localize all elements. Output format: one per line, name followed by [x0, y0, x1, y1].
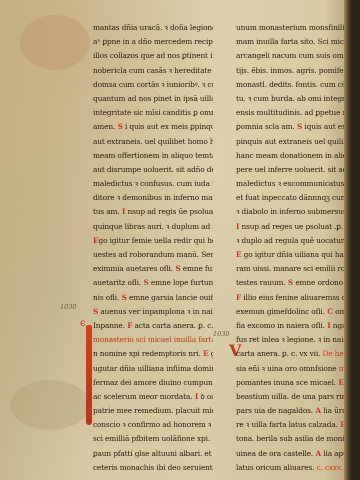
line-text: sci emilliā pfbitem uolāfione xpi. ꝛ T [93, 434, 213, 443]
line-text: fermaz dei amore diuino cumpuncta. [93, 378, 213, 387]
rubric-initial: S [173, 264, 181, 273]
manuscript-line: ensis multitudinis. ad ꝑpetue mīsi seda [236, 106, 348, 120]
manuscript-line: aut extraneis. uel quilibet homo hanc [93, 135, 213, 149]
line-text-continued: emne ordono alnares ofli. [293, 278, 348, 287]
line-text: ram uissi. manare sci emilii roborauy. ꝛ [236, 264, 348, 273]
line-text: integritate sic mīsi canditis ꝑ omnia sc… [93, 108, 213, 117]
line-text-continued: emne lope furtunas [149, 278, 213, 287]
manuscript-line: ꝑaun pfatti glse altuuni albari. et [93, 447, 213, 461]
decorated-initial-head: ϵ [80, 318, 86, 329]
manuscript-line: pinquis aut extraneis uel quilibet homo [236, 135, 348, 149]
line-text: et fuat inpeccato dānnnqꝫ cum iuda [236, 193, 348, 202]
manuscript-line: beastium uilla. de una pars rina ꝛ de al… [236, 390, 348, 404]
parchment-stain [20, 15, 90, 70]
line-text: mam inuilla farta sito. Sci micaelis [236, 37, 348, 46]
line-text: hanc meam donationem in aliquo disri [236, 151, 348, 160]
manuscript-line: uinea de ora castelle. A lia apud [236, 447, 348, 461]
manuscript-line: ꝛ diabolo in inferno submersus amen. [236, 205, 348, 219]
manuscript-line: arcangeli nacum cum suis omiꝰ ꝑntie [236, 49, 348, 63]
line-text: fia excomo in naiera ofli. [236, 321, 325, 330]
line-text: ensis multitudinis. ad ꝑpetue mīsi seda [236, 108, 348, 117]
line-text-continued: nsup ad regis ūe psoluat [125, 207, 213, 216]
manuscript-line: aⁿ ꝑpne in a dño mercedem recipiam [93, 35, 213, 49]
line-text: patrie mee remedium. placuit michi [93, 406, 213, 415]
rubric-initial: E [201, 349, 209, 358]
manuscript-line: uestes ad roborandum manū. Semne [93, 248, 213, 262]
manuscript-line: conscio ꝛ confirmo ad honorem ꝛ alam [93, 418, 213, 432]
line-text: maledictus ꝛ confusus. cum iuda tra [93, 179, 213, 188]
line-text: testes rauum. [236, 278, 286, 287]
manuscript-line: sci emilliā pfbitem uolāfione xpi. ꝛ T [93, 432, 213, 446]
line-text: ditore ꝛ demonibus in inferno mancipa [93, 193, 213, 202]
manuscript-line: n nomine xpi redemptoris nri. E go [93, 347, 213, 361]
line-text: ꝑaun pfatti glse altuuni albari. et [93, 449, 211, 458]
manuscript-line: S auenus ver inpamplona ꝛ in naiera. [93, 305, 213, 319]
line-text: pinquis aut extraneis uel quilibet homo [236, 137, 348, 146]
manuscript-line: E go igitur dñia uiliana qui hanc script… [236, 248, 348, 262]
manuscript-line: mam inuilla farta sito. Sci micaelis [236, 35, 348, 49]
manuscript-line: hanc meam donationem in aliquo disri [236, 149, 348, 163]
line-text: latus oricum aliuares. [236, 463, 314, 472]
line-text: unum monasterium monsfinili ga [236, 23, 348, 32]
manuscript-line: monasterio sci micael inuilla farta [93, 333, 213, 347]
manuscript-line: maledictus ꝛ excommunicatus. ꝛ ntraia [236, 177, 348, 191]
manuscript-line: eximmia auetares ofli. S emne furmas [93, 262, 213, 276]
line-text: beastium uilla. de una pars rina ꝛ de al… [236, 392, 348, 401]
line-text: amen. [93, 122, 115, 131]
manuscript-line: integritate sic mīsi canditis ꝑ omnia sc… [93, 106, 213, 120]
line-text-continued: go [209, 349, 213, 358]
rubric-initial: S [286, 278, 294, 287]
manuscript-line: ditore ꝛ demonibus in inferno mancipa [93, 191, 213, 205]
manuscript-line: I nsup ad reges ue psoluat .ꝑ. libras au… [236, 220, 348, 234]
manuscript-line: pere uel inferre uoluerit. sit adño deo … [236, 163, 348, 177]
manuscript-line: ceteris monachis ibi deo seruientibus [93, 461, 213, 475]
line-text: Inpanne. [93, 321, 125, 330]
line-text: pars uia de nagaldos. [236, 406, 313, 415]
rubric-initial: A [313, 449, 321, 458]
line-text: ꝛ diabolo in inferno submersus amen. [236, 207, 348, 216]
decorated-initial-i [86, 325, 92, 425]
line-text: eximmia auetares ofli. [93, 264, 173, 273]
line-text: domsa cum cortās ꝛ iunioribꝰ. ꝛ cum [93, 80, 213, 89]
line-text: ac scelerum meor mordata. [93, 392, 192, 401]
manuscript-line: maledictus ꝛ confusus. cum iuda tra [93, 177, 213, 191]
line-text: tona. berila sub asilia de monios. [236, 434, 348, 443]
line-text: monasterio sci micael inuilla farta [93, 335, 213, 344]
manuscript-line: fus ret inlea ꝛ legione. ꝛ in naiera. F … [236, 333, 348, 347]
margin-note-right: 1030 [213, 330, 230, 338]
manuscript-line: auetaritz ofli. S emne lope furtunas [93, 276, 213, 290]
line-text: exemun gimefdolinc ofli. [236, 307, 325, 316]
right-text-column: unum monasterium monsfinili gamam inuill… [236, 21, 348, 475]
line-text: pere uel inferre uoluerit. sit adño deo … [236, 165, 348, 174]
rubric-initial: S [119, 293, 127, 302]
line-text: aⁿ ꝑpne in a dño mercedem recipiam [93, 37, 213, 46]
manuscript-line: unum monasterium monsfinili ga [236, 21, 348, 35]
manuscript-line: Ego igitur femie uella redir qui hec der… [93, 234, 213, 248]
line-text: monastl. dedits. fontis. cum cūm. ꝛ am [236, 80, 348, 89]
line-text: arcangeli nacum cum suis omiꝰ ꝑntie [236, 51, 348, 60]
manuscript-line: et fuat inpeccato dānnnqꝫ cum iuda [236, 191, 348, 205]
line-text: ꝑomnia scla am. [236, 122, 295, 131]
line-text-continued: auenus ver inpamplona ꝛ in naiera. [98, 307, 213, 316]
line-text-continued: emne garsia lancie ouiflc. [127, 293, 213, 302]
manuscript-line: pars uia de nagaldos. A lia ūra inter gū… [236, 404, 348, 418]
line-text: uinea de ora castelle. [236, 449, 313, 458]
line-text-continued: emne furmas [181, 264, 213, 273]
line-text: aut extraneis. uel quilibet homo hanc [93, 137, 213, 146]
manuscript-line: pomantes inuna sce micael. E t una ferra [236, 376, 348, 390]
line-text: uestes ad roborandum manū. Semne [93, 250, 213, 259]
rubric-initial: c. cxxv. iii. Remo [314, 463, 348, 472]
manuscript-line: fia excomo in naiera ofli. I ngante alui [236, 319, 348, 333]
manuscript-line: aut disrumpe uoluerit. sit adño deo [93, 163, 213, 177]
manuscript-line: quinque libras auri. ꝛ duplum ad regula. [93, 220, 213, 234]
rubric-initial: E [336, 378, 344, 387]
line-text: ugutar dñia uilliana infiima domini [93, 364, 213, 373]
line-text-continued: illio eius fenine aliuaremss ofli. Semne [241, 293, 348, 302]
manuscript-line: mantas dñia uracā. ꝛ doña legionē [93, 21, 213, 35]
line-text: meam offertionem in aliquo temtare [93, 151, 213, 160]
left-text-column: mantas dñia uracā. ꝛ doña legionēaⁿ ꝑpne… [93, 21, 213, 475]
manuscript-line: testes rauum. S emne ordono alnares ofli… [236, 276, 348, 290]
line-text: aut disrumpe uoluerit. sit adño deo [93, 165, 213, 174]
rubric-initial: A [313, 406, 321, 415]
manuscript-line: F illio eius fenine aliuaremss ofli. Sem… [236, 291, 348, 305]
line-text-continued: acta carta anera. ꝑ. c. vii. De [132, 321, 213, 330]
manuscript-line: nobericla cum casās ꝛ hereditate et [93, 64, 213, 78]
manuscript-line: illos collazos que ad nos ꝑtinent in [93, 49, 213, 63]
line-text-continued: i quis aut ex meis ꝑpinquis [123, 122, 213, 131]
line-text: auetaritz ofli. [93, 278, 141, 287]
manuscript-line: nis ofli. S emne garsia lancie ouiflc. [93, 291, 213, 305]
line-text: nobericla cum casās ꝛ hereditate et [93, 66, 213, 75]
binding-gutter [344, 0, 352, 480]
manuscript-line: tijs. ēbis. inmos. agris. pomiferis. arb… [236, 64, 348, 78]
manuscript-line: ugutar dñia uilliana infiima domini [93, 362, 213, 376]
line-text-continued: iquis aut ex meis ꝑ [302, 122, 348, 131]
manuscript-line: tona. berila sub asilia de monios. E t u… [236, 432, 348, 446]
rubric-initial: C [325, 307, 333, 316]
line-text: carta anera. ꝑ. c. vx vii. [236, 349, 320, 358]
line-text: ꝛ duplo ad regula quē uocatum retinuit. [236, 236, 348, 245]
line-text: tijs. ēbis. inmos. agris. pomiferis. arb… [236, 66, 348, 75]
manuscript-line: ram uissi. manare sci emilii roborauy. ꝛ [236, 262, 348, 276]
line-text: quinque libras auri. ꝛ duplum ad regula. [93, 222, 213, 231]
manuscript-line: tus am. I nsup ad regis ūe psoluat [93, 205, 213, 219]
manuscript-line: latus oricum aliuares. c. cxxv. iii. Rem… [236, 461, 348, 475]
line-text: mantas dñia uracā. ꝛ doña legionē [93, 23, 213, 32]
manuscript-line: re ꝛ uilla farta latus calzada. E t una [236, 418, 348, 432]
line-text: illos collazos que ad nos ꝑtinent in [93, 51, 213, 60]
manuscript-line: Inpanne. F acta carta anera. ꝑ. c. vii. … [93, 319, 213, 333]
manuscript-line: amen. S i quis aut ex meis ꝑpinquis [93, 120, 213, 134]
manuscript-line: ꝛ duplo ad regula quē uocatum retinuit. [236, 234, 348, 248]
line-text: tu. ꝛ cum burda. ab omi integra te et [236, 94, 348, 103]
manuscript-line: monastl. dedits. fontis. cum cūm. ꝛ am [236, 78, 348, 92]
manuscript-line: meam offertionem in aliquo temtare [93, 149, 213, 163]
manuscript-line: exemun gimefdolinc ofli. C omite gar [236, 305, 348, 319]
manuscript-line: patrie mee remedium. placuit michi [93, 404, 213, 418]
manuscript-line: carta anera. ꝑ. c. vx vii. De herenciens [236, 347, 348, 361]
line-text-continued: ꝺ oarco [198, 392, 213, 401]
manuscript-line: tu. ꝛ cum burda. ab omi integra te et [236, 92, 348, 106]
line-text-continued: go igitur femie uella redir qui hec dere… [98, 236, 213, 245]
line-text: fus ret inlea ꝛ legione. ꝛ in naiera. [236, 335, 348, 344]
manuscript-line: domsa cum cortās ꝛ iunioribꝰ. ꝛ cum [93, 78, 213, 92]
manuscript-line: ꝑomnia scla am. S iquis aut ex meis ꝑ [236, 120, 348, 134]
manuscript-line: quantum ad nos pinet in ipsā uilla et [93, 92, 213, 106]
manuscript-line: sia eñi ꝛ uina oro omnfsione micheal [236, 362, 348, 376]
line-text-continued: nsup ad reges ue psoluat .ꝑ. libras aur. [239, 222, 348, 231]
line-text: n nomine xpi redemptoris nri. [93, 349, 201, 358]
line-text: sia eñi ꝛ uina oro omnfsione [236, 364, 337, 373]
margin-note-left: 1030 [60, 303, 77, 311]
line-text: pomantes inuna sce micael. [236, 378, 336, 387]
line-text: re ꝛ uilla farta latus calzada. [236, 420, 338, 429]
manuscript-line: ac scelerum meor mordata. I ꝺ oarco [93, 390, 213, 404]
line-text: tus am. [93, 207, 120, 216]
line-text: conscio ꝛ confirmo ad honorem ꝛ alam [93, 420, 213, 429]
line-text-continued: go igitur dñia uiliana qui hanc scriptu [241, 250, 348, 259]
rubric-initial: S [115, 122, 123, 131]
manuscript-page: 1030 1030 ϵ V mantas dñia uracā. ꝛ doña … [0, 0, 352, 480]
line-text: maledictus ꝛ excommunicatus. ꝛ ntraia [236, 179, 348, 188]
line-text: ceteris monachis ibi deo seruientibus [93, 463, 213, 472]
line-text: quantum ad nos pinet in ipsā uilla et [93, 94, 213, 103]
parchment-stain [10, 380, 90, 430]
rubric-initial: S [141, 278, 149, 287]
manuscript-line: fermaz dei amore diuino cumpuncta. [93, 376, 213, 390]
line-text: nis ofli. [93, 293, 119, 302]
